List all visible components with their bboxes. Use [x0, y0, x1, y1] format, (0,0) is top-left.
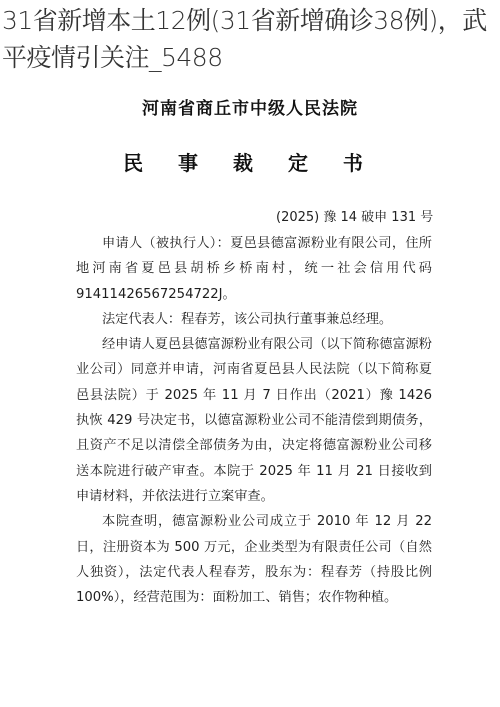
case-number: (2025) 豫 14 破申 131 号 [276, 206, 433, 225]
court-document-image: 河南省商丘市中级人民法院 民 事 裁 定 书 (2025) 豫 14 破申 13… [0, 80, 500, 707]
paragraph-applicant: 申请人（被执行人）：夏邑县德富源粉业有限公司，住所地河南省夏邑县胡桥乡桥南村，统… [76, 231, 432, 307]
document-title: 民 事 裁 定 书 [0, 147, 500, 176]
paragraph-findings: 本院查明，德富源粉业公司成立于 2010 年 12 月 22 日，注册资本为 5… [76, 509, 432, 610]
court-name: 河南省商丘市中级人民法院 [0, 94, 500, 119]
document-body: 申请人（被执行人）：夏邑县德富源粉业有限公司，住所地河南省夏邑县胡桥乡桥南村，统… [76, 231, 432, 610]
paragraph-procedure: 经申请人夏邑县德富源粉业有限公司（以下简称德富源粉业公司）同意并申请，河南省夏邑… [76, 332, 432, 509]
article-headline: 31省新增本土12例(31省新增确诊38例)，武平疫情引关注_5488 [2, 2, 500, 76]
paragraph-legal-representative: 法定代表人：程春芳，该公司执行董事兼总经理。 [76, 307, 432, 332]
